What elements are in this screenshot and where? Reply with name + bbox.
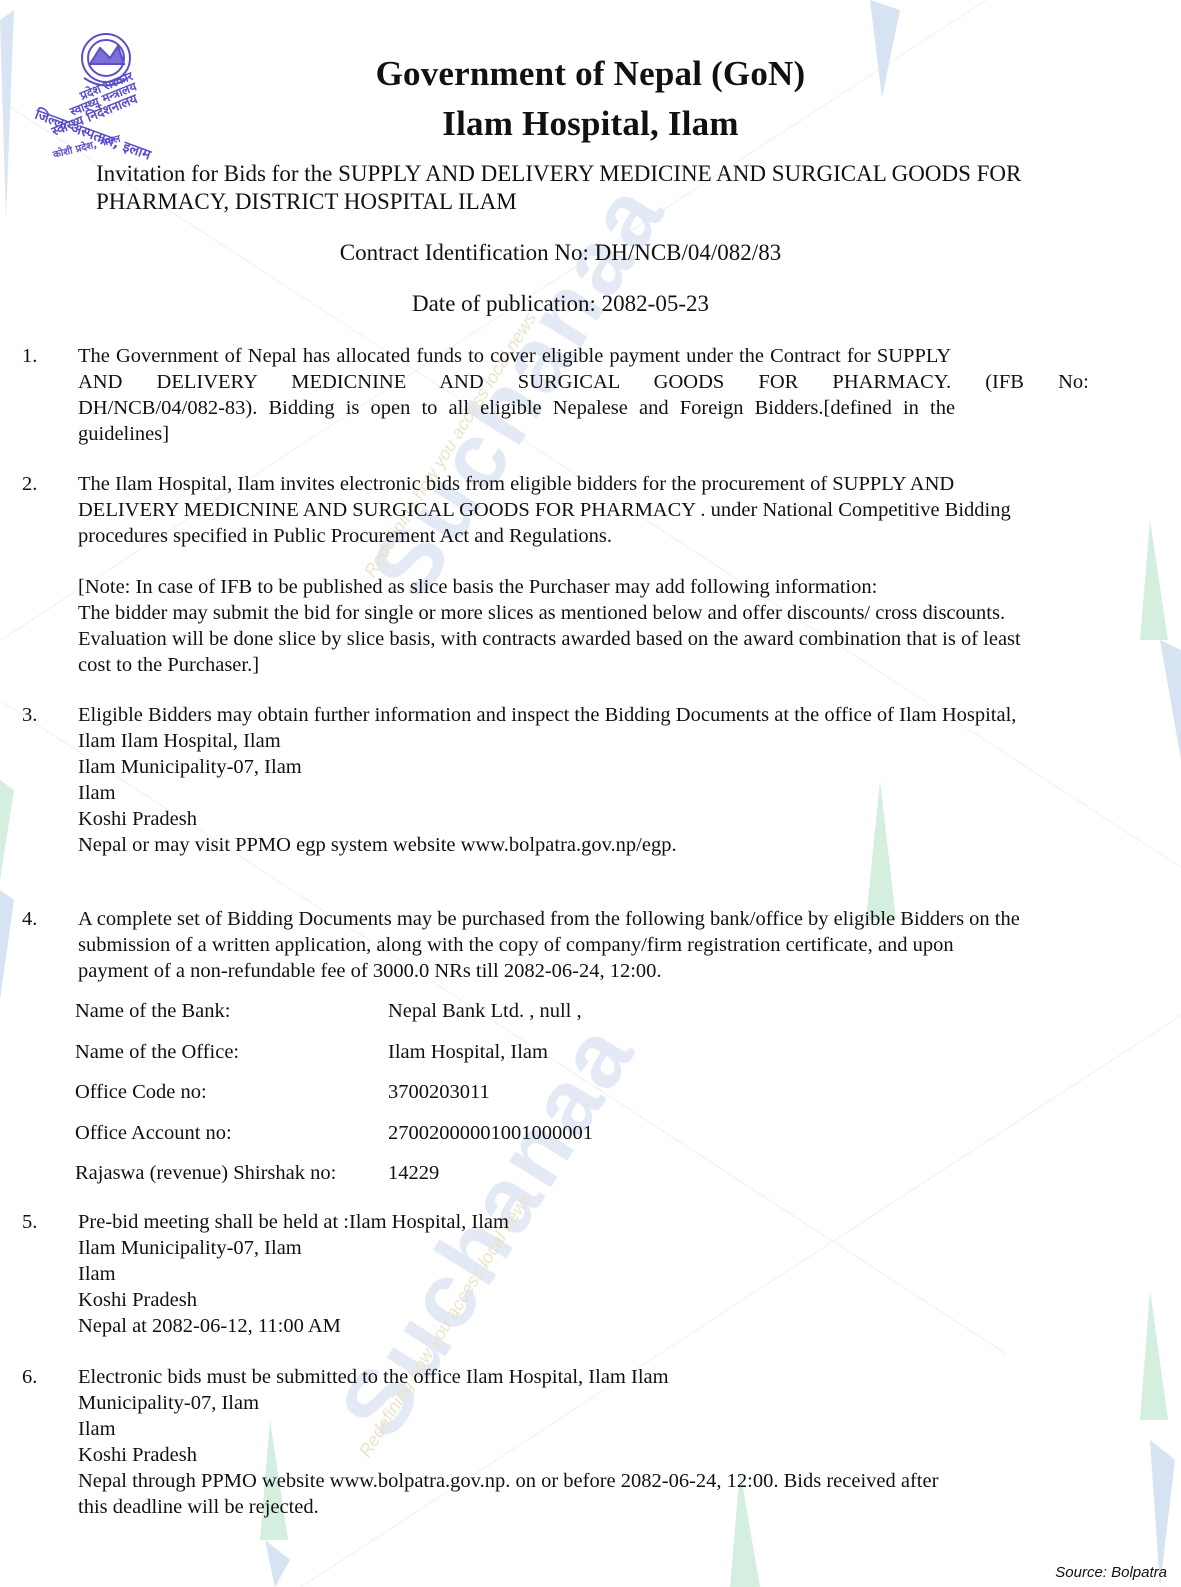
bank-row: Name of the Office: Ilam Hospital, Ilam (75, 1041, 593, 1082)
section-2: 2. The Ilam Hospital, Ilam invites elect… (22, 471, 1117, 678)
bank-value: 3700203011 (388, 1081, 490, 1122)
section-body: Electronic bids must be submitted to the… (78, 1364, 1117, 1520)
section-number: 6. (22, 1364, 72, 1390)
section-body: Pre-bid meeting shall be held at :Ilam H… (78, 1209, 1117, 1339)
section-body: Eligible Bidders may obtain further info… (78, 702, 1117, 858)
bank-row: Office Code no: 3700203011 (75, 1081, 593, 1122)
text-line: Nepal through PPMO website www.bolpatra.… (78, 1468, 1117, 1494)
note-line: The bidder may submit the bid for single… (78, 600, 1117, 626)
text-line: AND DELIVERY MEDICNINE AND SURGICAL GOOD… (78, 369, 1117, 395)
section-number: 2. (22, 471, 72, 497)
text-line: A complete set of Bidding Documents may … (78, 906, 1117, 932)
bank-row: Name of the Bank: Nepal Bank Ltd. , null… (75, 1000, 593, 1041)
section-number: 4. (22, 906, 72, 932)
page-title: Government of Nepal (GoN) (0, 54, 1181, 94)
text-line: Koshi Pradesh (78, 1442, 1117, 1468)
text-line: The Government of Nepal has allocated fu… (78, 343, 1117, 369)
text-line: guidelines] (78, 421, 1117, 447)
section-1: 1. The Government of Nepal has allocated… (22, 343, 1117, 447)
bank-value: Ilam Hospital, Ilam (388, 1041, 548, 1082)
text-line: submission of a written application, alo… (78, 932, 1117, 958)
source-credit: Source: Bolpatra (1055, 1564, 1167, 1581)
text-line: Ilam Municipality-07, Ilam (78, 754, 1117, 780)
hospital-name: Ilam Hospital, Ilam (0, 104, 1181, 144)
text-line: Electronic bids must be submitted to the… (78, 1364, 1117, 1390)
bank-label: Office Account no: (75, 1122, 388, 1163)
text-line: The Ilam Hospital, Ilam invites electron… (78, 471, 1117, 497)
text-line: Ilam Ilam Hospital, Ilam (78, 728, 1117, 754)
bank-row: Office Account no: 27002000001001000001 (75, 1122, 593, 1163)
text-line: DELIVERY MEDICNINE AND SURGICAL GOODS FO… (78, 497, 1117, 523)
text-line: Ilam (78, 1261, 1117, 1287)
publication-date: Date of publication: 2082-05-23 (0, 291, 1151, 317)
note-line: cost to the Purchaser.] (78, 652, 1117, 678)
bank-value: 14229 (388, 1162, 439, 1203)
bank-label: Office Code no: (75, 1081, 388, 1122)
ifb-title: Invitation for Bids for the SUPPLY AND D… (96, 160, 1116, 216)
section-body: The Government of Nepal has allocated fu… (78, 343, 1117, 447)
text-line: Ilam (78, 780, 1117, 806)
bank-details-table: Name of the Bank: Nepal Bank Ltd. , null… (75, 1000, 593, 1203)
section-number: 5. (22, 1209, 72, 1235)
section-6: 6. Electronic bids must be submitted to … (22, 1364, 1117, 1520)
text-line: Ilam (78, 1416, 1117, 1442)
bank-label: Rajaswa (revenue) Shirshak no: (75, 1162, 388, 1203)
section-5: 5. Pre-bid meeting shall be held at :Ila… (22, 1209, 1117, 1339)
section-body: The Ilam Hospital, Ilam invites electron… (78, 471, 1117, 678)
text-line: Eligible Bidders may obtain further info… (78, 702, 1117, 728)
bank-value: Nepal Bank Ltd. , null , (388, 1000, 582, 1041)
note-line: Evaluation will be done slice by slice b… (78, 626, 1117, 652)
section-number: 3. (22, 702, 72, 728)
bank-row: Rajaswa (revenue) Shirshak no: 14229 (75, 1162, 593, 1203)
text-line: DH/NCB/04/082-83). Bidding is open to al… (78, 395, 1117, 421)
text-line: Koshi Pradesh (78, 806, 1117, 832)
text-line: procedures specified in Public Procureme… (78, 523, 1117, 549)
section-3: 3. Eligible Bidders may obtain further i… (22, 702, 1117, 858)
section-number: 1. (22, 343, 72, 369)
note-line: [Note: In case of IFB to be published as… (78, 574, 1117, 600)
section-4: 4. A complete set of Bidding Documents m… (22, 906, 1117, 984)
bank-label: Name of the Office: (75, 1041, 388, 1082)
bank-label: Name of the Bank: (75, 1000, 388, 1041)
text-line: Pre-bid meeting shall be held at :Ilam H… (78, 1209, 1117, 1235)
section-body: A complete set of Bidding Documents may … (78, 906, 1117, 984)
text-line: Koshi Pradesh (78, 1287, 1117, 1313)
text-line: Nepal or may visit PPMO egp system websi… (78, 832, 1117, 858)
contract-id: Contract Identification No: DH/NCB/04/08… (0, 240, 1151, 266)
text-line: payment of a non-refundable fee of 3000.… (78, 958, 1117, 984)
bank-value: 27002000001001000001 (388, 1122, 593, 1163)
text-line: Ilam Municipality-07, Ilam (78, 1235, 1117, 1261)
text-line: this deadline will be rejected. (78, 1494, 1117, 1520)
text-line: Nepal at 2082-06-12, 11:00 AM (78, 1313, 1117, 1339)
text-line: Municipality-07, Ilam (78, 1390, 1117, 1416)
